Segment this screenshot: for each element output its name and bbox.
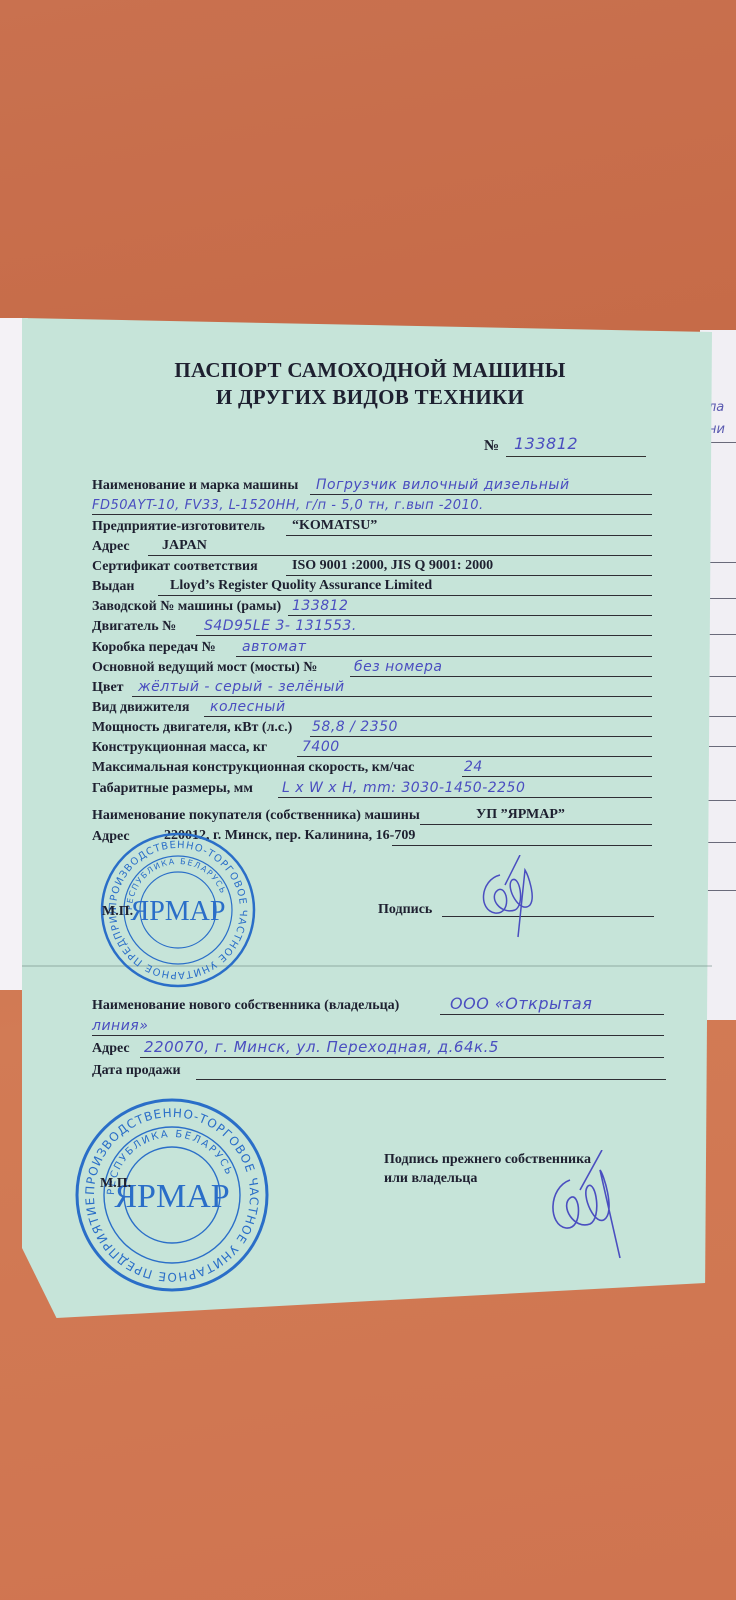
new-owner-name-value: ООО «Открытая — [450, 994, 592, 1013]
field-value: 24 — [464, 759, 483, 775]
title-line-1: ПАСПОРТ САМОХОДНОЙ МАШИНЫ — [140, 357, 600, 384]
sale-date-label: Дата продажи — [92, 1063, 181, 1079]
field-row: Сертификат соответствияISO 9001 :2000, J… — [92, 556, 652, 576]
new-owner-address-row: Адрес 220070, г. Минск, ул. Переходная, … — [92, 1038, 652, 1058]
field-value: колесный — [210, 699, 286, 715]
field-label: Мощность двигателя, кВт (л.с.) — [92, 720, 292, 736]
field-label: Сертификат соответствия — [92, 559, 258, 575]
field-label: Наименование и марка машины — [92, 478, 298, 494]
field-row: Основной ведущий мост (мосты) №без номер… — [92, 657, 652, 677]
field-label: Адрес — [92, 539, 130, 555]
field-row: Коробка передач №автомат — [92, 637, 652, 657]
new-owner-address-value: 220070, г. Минск, ул. Переходная, д.64к.… — [144, 1038, 499, 1056]
field-value: Lloyd’s Register Quolity Assurance Limit… — [170, 578, 432, 594]
new-owner-name-row: Наименование нового собственника (владел… — [92, 995, 652, 1015]
field-label: Конструкционная масса, кг — [92, 740, 267, 756]
field-label: Предприятие-изготовитель — [92, 519, 265, 535]
field-row: АдресJAPAN — [92, 536, 652, 556]
field-row: Цветжёлтый - серый - зелёный — [92, 677, 652, 697]
new-owner-address-label: Адрес — [92, 1041, 130, 1057]
document-title: ПАСПОРТ САМОХОДНОЙ МАШИНЫ И ДРУГИХ ВИДОВ… — [140, 357, 600, 411]
field-row: Максимальная конструкционная скорость, к… — [92, 757, 652, 777]
number-label: № — [484, 438, 499, 455]
new-owner-name-value-2: линия» — [92, 1018, 148, 1034]
field-value: JAPAN — [162, 538, 207, 554]
field-value: жёлтый - серый - зелёный — [138, 679, 345, 695]
field-label: Цвет — [92, 680, 124, 696]
field-row: Конструкционная масса, кг7400 — [92, 737, 652, 757]
buyer-name-row: Наименование покупателя (собственника) м… — [92, 805, 652, 825]
buyer-name-value: УП ”ЯРМАР” — [476, 807, 565, 823]
field-label: Коробка передач № — [92, 640, 216, 656]
svg-text:ЯРМАР: ЯРМАР — [114, 1178, 229, 1215]
field-label: Двигатель № — [92, 619, 176, 635]
sale-date-row: Дата продажи — [92, 1060, 652, 1080]
field-row: Заводской № машины (рамы)133812 — [92, 596, 652, 616]
field-value: 133812 — [292, 598, 348, 614]
field-value: S4D95LE 3- 131553. — [204, 618, 357, 634]
field-row: Предприятие-изготовитель“KOMATSU” — [92, 516, 652, 536]
field-row: FD50AYT-10, FV33, L-1520HH, г/п - 5,0 тн… — [92, 495, 652, 515]
field-value: ISO 9001 :2000, JIS Q 9001: 2000 — [292, 558, 493, 574]
prev-owner-signature — [540, 1150, 630, 1260]
field-value: 7400 — [302, 739, 340, 755]
field-label: Выдан — [92, 579, 134, 595]
field-label: Заводской № машины (рамы) — [92, 599, 281, 615]
field-value: FD50AYT-10, FV33, L-1520HH, г/п - 5,0 тн… — [92, 498, 484, 513]
passport-number: № 133812 — [484, 432, 654, 456]
field-value: “KOMATSU” — [292, 518, 377, 534]
buyer-signature — [470, 855, 550, 940]
company-stamp-2: ПРОИЗВОДСТВЕННО-ТОРГОВОЕ ЧАСТНОЕ УНИТАРН… — [72, 1095, 272, 1295]
field-label: Максимальная конструкционная скорость, к… — [92, 760, 414, 776]
field-value: автомат — [242, 639, 306, 655]
field-row: ВыданLloyd’s Register Quolity Assurance … — [92, 576, 652, 596]
buyer-signature-label: Подпись — [378, 902, 432, 918]
field-value: Погрузчик вилочный дизельный — [316, 477, 570, 493]
new-owner-name-label: Наименование нового собственника (владел… — [92, 998, 399, 1014]
field-label: Габаритные размеры, мм — [92, 781, 253, 797]
title-line-2: И ДРУГИХ ВИДОВ ТЕХНИКИ — [140, 384, 600, 411]
buyer-stamp-label: М.П. — [102, 904, 133, 920]
number-value: 133812 — [514, 434, 578, 453]
buyer-name-label: Наименование покупателя (собственника) м… — [92, 808, 420, 824]
field-row: Мощность двигателя, кВт (л.с.)58,8 / 235… — [92, 717, 652, 737]
field-row: Вид движителяколесный — [92, 697, 652, 717]
field-label: Вид движителя — [92, 700, 189, 716]
field-row: Наименование и марка машиныПогрузчик вил… — [92, 475, 652, 495]
new-owner-name-row-2: линия» — [92, 1016, 652, 1036]
field-value: 58,8 / 2350 — [312, 719, 398, 735]
field-label: Основной ведущий мост (мосты) № — [92, 660, 317, 676]
field-value: L x W x H, mm: 3030-1450-2250 — [282, 780, 525, 796]
seller-stamp-label: М.П. — [100, 1176, 131, 1192]
field-value: без номера — [354, 659, 443, 675]
svg-text:ЯРМАР: ЯРМАР — [131, 896, 226, 927]
field-row: Габаритные размеры, ммL x W x H, mm: 303… — [92, 778, 652, 798]
field-row: Двигатель №S4D95LE 3- 131553. — [92, 616, 652, 636]
